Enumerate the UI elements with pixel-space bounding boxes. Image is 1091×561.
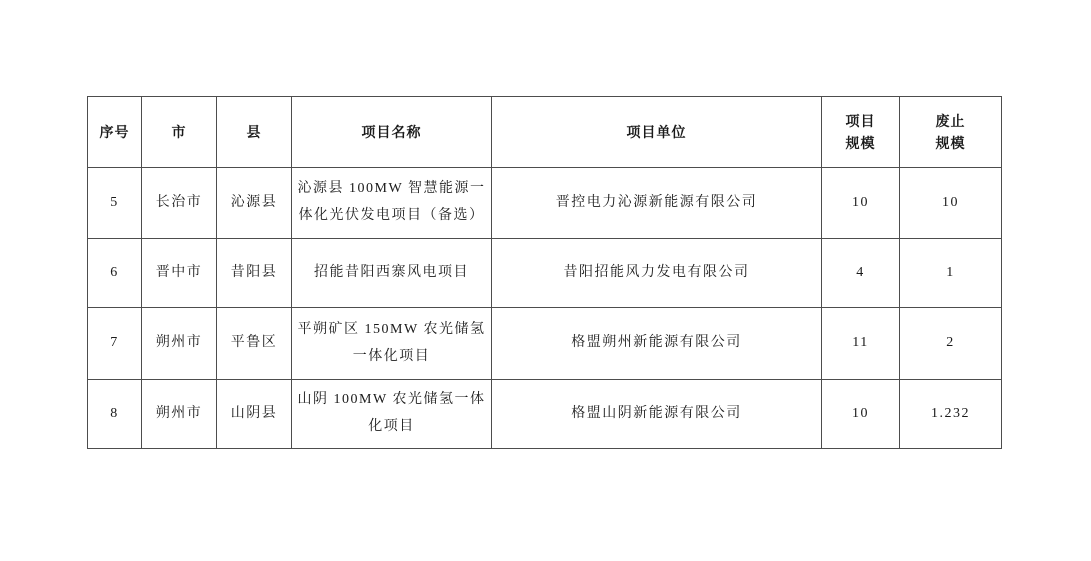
cell-city: 朔州市	[142, 308, 217, 380]
cell-project-scale: 10	[822, 380, 900, 449]
cell-project-unit: 格盟朔州新能源有限公司	[492, 308, 822, 380]
table-header-row: 序号 市 县 项目名称 项目单位 项目 规模 废止 规模	[88, 97, 1002, 168]
cell-project-unit: 格盟山阴新能源有限公司	[492, 380, 822, 449]
header-project-name: 项目名称	[292, 97, 492, 168]
document-page: 序号 市 县 项目名称 项目单位 项目 规模 废止 规模 5 长治市 沁源县 沁…	[0, 0, 1091, 561]
cell-seq: 7	[88, 308, 142, 380]
header-abolished-scale: 废止 规模	[900, 97, 1002, 168]
header-county: 县	[217, 97, 292, 168]
cell-project-scale: 10	[822, 168, 900, 239]
header-city: 市	[142, 97, 217, 168]
table-row: 6 晋中市 昔阳县 招能昔阳西寨风电项目 昔阳招能风力发电有限公司 4 1	[88, 239, 1002, 308]
cell-city: 长治市	[142, 168, 217, 239]
table-row: 8 朔州市 山阴县 山阴 100MW 农光储氢一体化项目 格盟山阴新能源有限公司…	[88, 380, 1002, 449]
cell-project-unit: 昔阳招能风力发电有限公司	[492, 239, 822, 308]
cell-county: 昔阳县	[217, 239, 292, 308]
cell-abolished-scale: 10	[900, 168, 1002, 239]
header-project-unit: 项目单位	[492, 97, 822, 168]
cell-project-scale: 11	[822, 308, 900, 380]
cell-seq: 5	[88, 168, 142, 239]
cell-county: 平鲁区	[217, 308, 292, 380]
table-row: 5 长治市 沁源县 沁源县 100MW 智慧能源一体化光伏发电项目（备选） 晋控…	[88, 168, 1002, 239]
table-row: 7 朔州市 平鲁区 平朔矿区 150MW 农光储氢一体化项目 格盟朔州新能源有限…	[88, 308, 1002, 380]
cell-project-name: 沁源县 100MW 智慧能源一体化光伏发电项目（备选）	[292, 168, 492, 239]
cell-city: 晋中市	[142, 239, 217, 308]
cell-seq: 6	[88, 239, 142, 308]
cell-project-unit: 晋控电力沁源新能源有限公司	[492, 168, 822, 239]
cell-abolished-scale: 1.232	[900, 380, 1002, 449]
cell-project-name: 招能昔阳西寨风电项目	[292, 239, 492, 308]
header-project-scale: 项目 规模	[822, 97, 900, 168]
cell-project-name: 山阴 100MW 农光储氢一体化项目	[292, 380, 492, 449]
cell-county: 山阴县	[217, 380, 292, 449]
cell-project-scale: 4	[822, 239, 900, 308]
cell-city: 朔州市	[142, 380, 217, 449]
cell-seq: 8	[88, 380, 142, 449]
header-seq: 序号	[88, 97, 142, 168]
cell-project-name: 平朔矿区 150MW 农光储氢一体化项目	[292, 308, 492, 380]
cell-county: 沁源县	[217, 168, 292, 239]
projects-table: 序号 市 县 项目名称 项目单位 项目 规模 废止 规模 5 长治市 沁源县 沁…	[87, 96, 1002, 449]
cell-abolished-scale: 2	[900, 308, 1002, 380]
cell-abolished-scale: 1	[900, 239, 1002, 308]
